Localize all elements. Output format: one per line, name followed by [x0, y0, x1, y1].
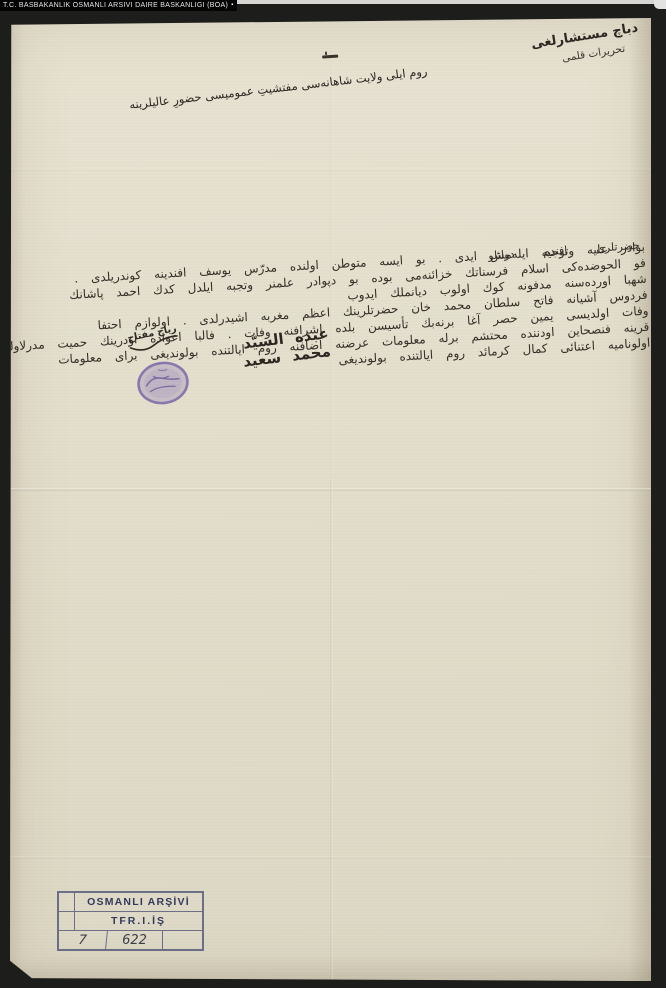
invocation-mark — [322, 49, 341, 58]
document-page: دباچ مستشارلغى تحريرات قلمى روم ايلى ولا… — [10, 18, 651, 982]
archive-fond-code: TFR.I.İŞ — [75, 912, 202, 930]
archive-title: OSMANLI ARŞİVİ — [75, 893, 202, 911]
archive-stamp-left-column — [59, 893, 75, 911]
address-line: روم ايلى ولايت شاهانه‌سى مفتشيتِ عموميسى… — [178, 64, 428, 106]
archive-stamp-row-code: TFR.I.İŞ — [59, 912, 202, 931]
dossier-number: 7 — [58, 931, 108, 949]
corner-office-note: دباچ مستشارلغى تحريرات قلمى — [513, 20, 641, 71]
invocation-mark-dash — [322, 55, 338, 59]
archive-classification-stamp: OSMANLI ARŞİVİ TFR.I.İŞ 7 622 — [57, 891, 204, 951]
screenshot-root: { "banner": { "label": "T.C. BASBAKANLIK… — [0, 0, 666, 988]
letter-body: بوادر عليه وتوجيه ايله‌مش ايدى . بو ايسه… — [25, 239, 650, 385]
archive-stamp-row-numbers: 7 622 — [59, 931, 202, 949]
fold-crease-vertical — [330, 480, 333, 980]
seal-graphic — [133, 356, 193, 409]
purple-oval-seal — [133, 356, 193, 409]
archive-stamp-left-column — [59, 912, 75, 930]
archive-watermark-label: T.C. BASBAKANLIK OSMANLI ARSIVI DAIRE BA… — [3, 0, 228, 11]
empty-number-cell — [163, 931, 202, 949]
viewer-corner-highlight — [654, 0, 666, 9]
gomlek-number: 622 — [107, 931, 163, 949]
archive-stamp-row-title: OSMANLI ARŞİVİ — [59, 893, 202, 912]
archive-watermark-banner: T.C. BASBAKANLIK OSMANLI ARSIVI DAIRE BA… — [0, 0, 237, 11]
banner-marker-icon: ▪ — [231, 0, 233, 11]
